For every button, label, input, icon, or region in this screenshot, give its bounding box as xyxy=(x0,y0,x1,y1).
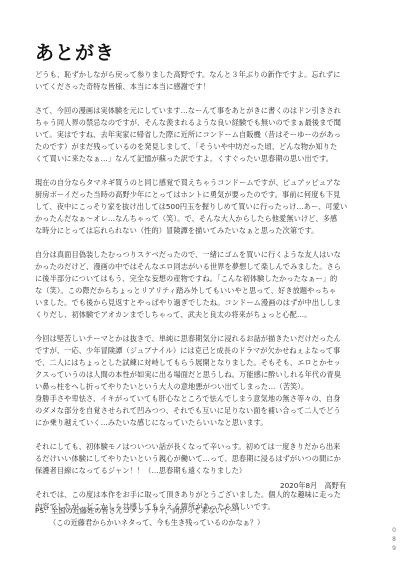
page-number-digit: 9 xyxy=(391,544,397,553)
postscript-line-1: PS：全国の近藤姓の皆さんゴメンナサイ、向かって来ないでー！ xyxy=(35,506,244,515)
postscript-line-2: （この近藤君からかいネタって、今も生き残っているのかなぁ？） xyxy=(35,517,264,529)
page-number: 0 8 9 xyxy=(391,526,397,553)
page-number-digit: 0 xyxy=(391,526,397,535)
signature: 2020年8月 高野有 xyxy=(280,481,346,491)
signature-author: 高野有 xyxy=(324,481,346,490)
paragraph-greeting: どうも、恥ずかしながら戻って参りました高野です。なんと３年ぶりの新作ですよ。忘れ… xyxy=(35,69,365,93)
paragraph-experience: さて、今回の漫画は実体験を元にしています…なーんて事をあとがきに書くのはドン引き… xyxy=(35,105,365,165)
signature-date: 2020年8月 xyxy=(280,481,317,490)
page-title: あとがき xyxy=(35,38,115,65)
paragraph-length: それにしても、初体験モノはついつい話が長くなって辛いっす。初めては一度きりだから… xyxy=(35,441,365,477)
afterword-body: どうも、恥ずかしながら戻って参りました高野です。なんと３年ぶりの新作ですよ。忘れ… xyxy=(35,69,365,525)
paragraph-story: 自分は真面目偽装したむっつりスケベだったので、一緒にゴムを買いに行くような友人は… xyxy=(35,249,365,321)
postscript: PS：全国の近藤姓の皆さんゴメンナサイ、向かって来ないでー！ （この近藤君からか… xyxy=(35,505,264,529)
paragraph-memory: 現在の自分ならタマネギ買うのと同じ感覚で買えちゃうコンドームですが、ピュアッピュ… xyxy=(35,177,365,237)
paragraph-theme: 今回は堅苦しいテーマとかは抜きで、単純に思春期気分に浸れるお話が描きたいだけだっ… xyxy=(35,333,365,429)
page-number-digit: 8 xyxy=(391,535,397,544)
